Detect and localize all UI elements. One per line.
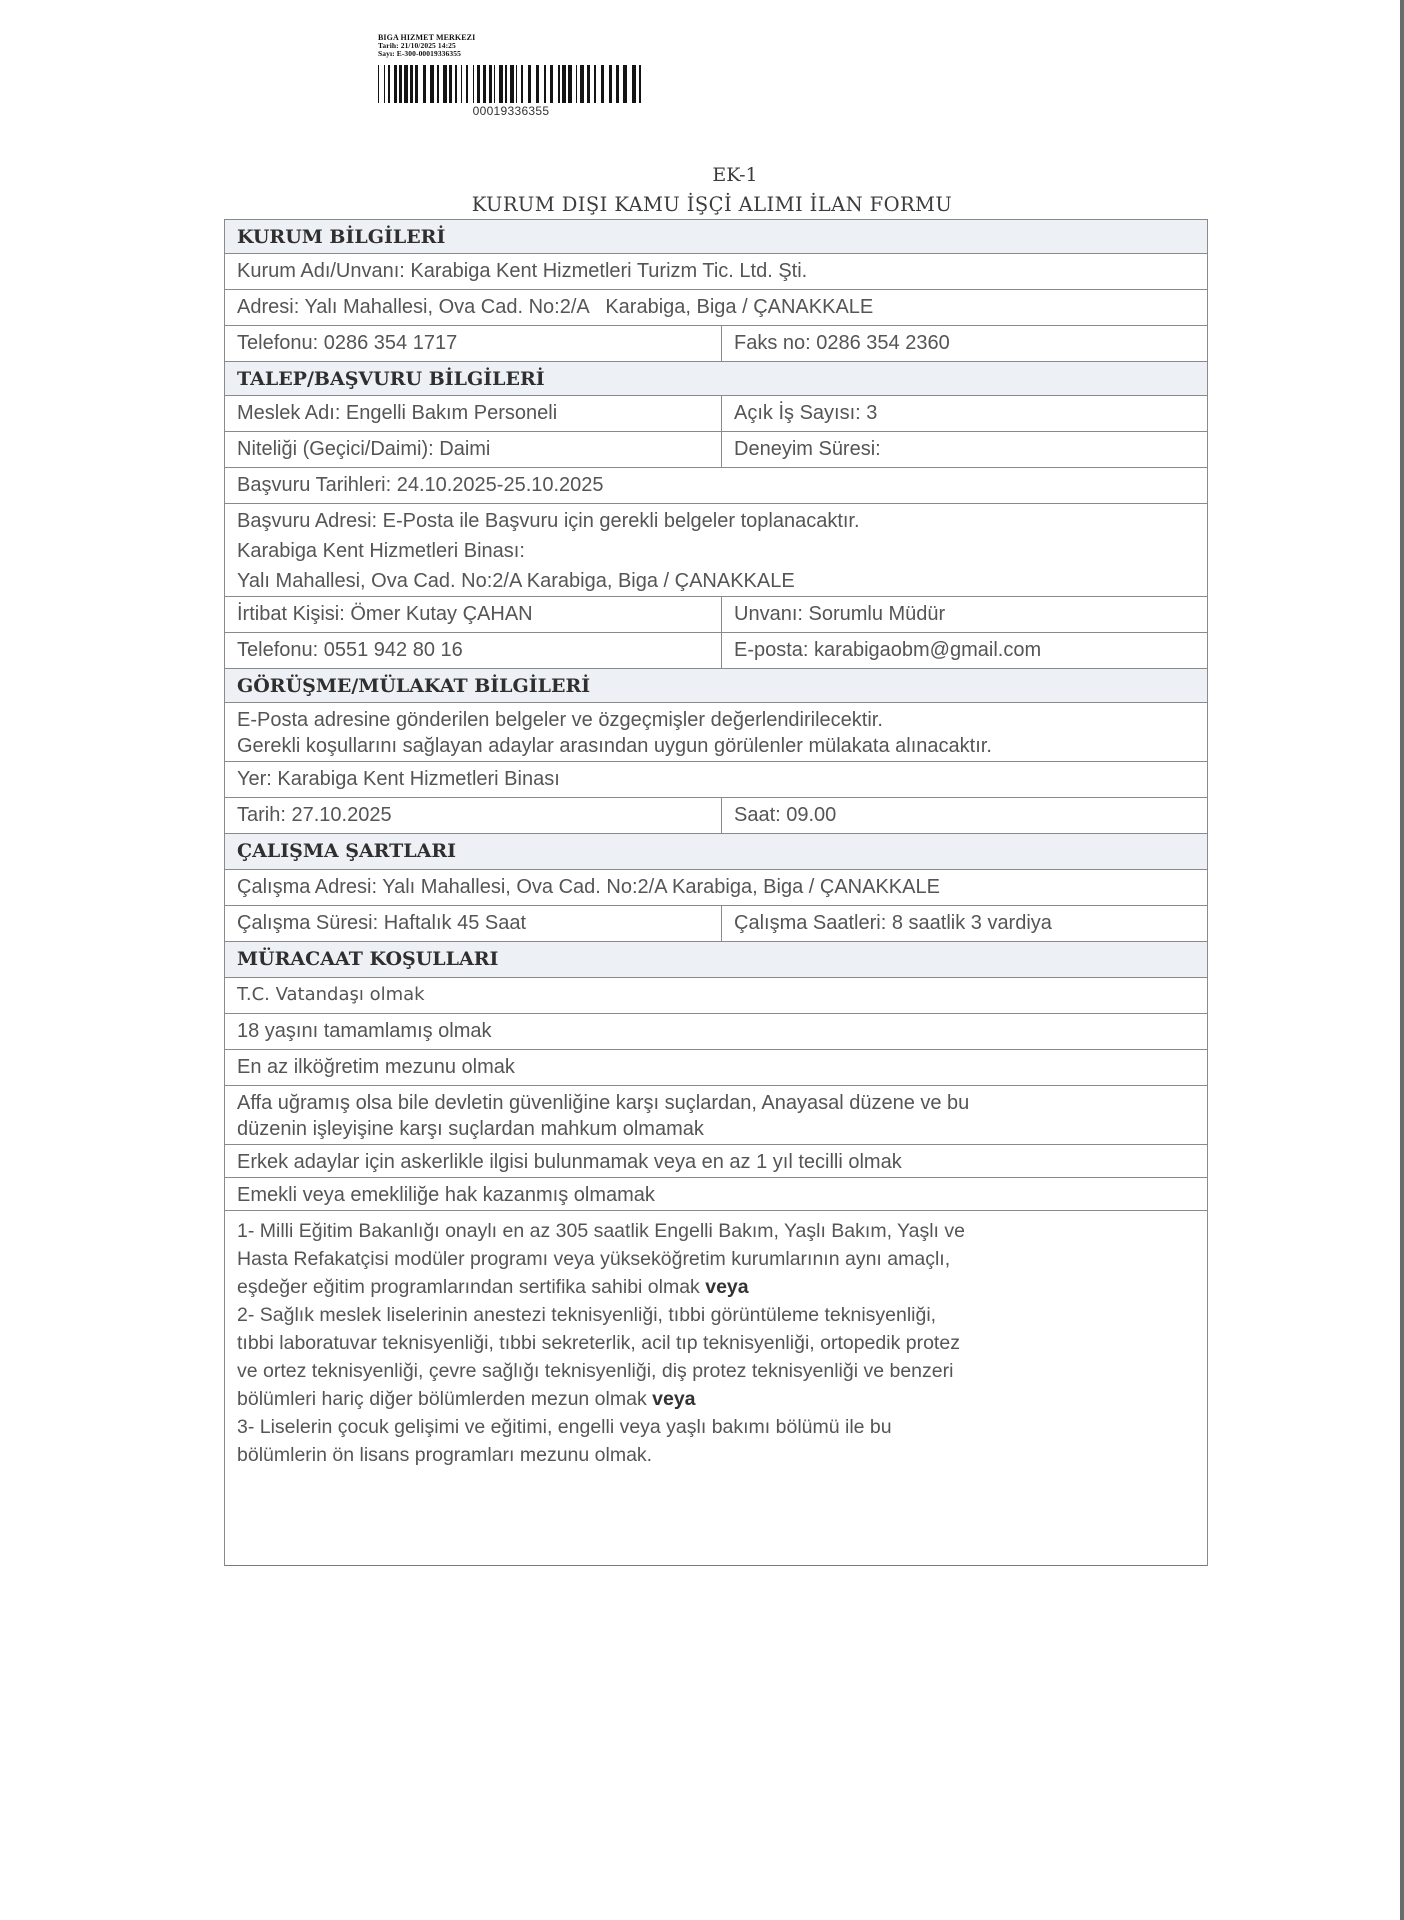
- text-line: tıbbi laboratuvar teknisyenliği, tıbbi s…: [237, 1329, 1195, 1357]
- section-header-kurum: KURUM BİLGİLERİ: [225, 220, 1207, 254]
- section-title: MÜRACAAT KOŞULLARI: [225, 942, 1207, 977]
- contact-phone: Telefonu: 0551 942 80 16: [225, 633, 722, 668]
- application-address: Başvuru Adresi: E-Posta ile Başvuru için…: [225, 504, 1207, 596]
- text-line: ve ortez teknisyenliği, çevre sağlığı te…: [237, 1357, 1195, 1385]
- text-line: 3- Liselerin çocuk gelişimi ve eğitimi, …: [237, 1413, 1195, 1441]
- institution-name: Kurum Adı/Unvanı: Karabiga Kent Hizmetle…: [225, 254, 1207, 289]
- condition-row: 1- Milli Eğitim Bakanlığı onaylı en az 3…: [225, 1211, 1207, 1566]
- condition-row: Erkek adaylar için askerlikle ilgisi bul…: [225, 1145, 1207, 1178]
- section-title: GÖRÜŞME/MÜLAKAT BİLGİLERİ: [225, 669, 1207, 702]
- text-line: eşdeğer eğitim programlarından sertifika…: [237, 1273, 1195, 1301]
- work-address: Çalışma Adresi: Yalı Mahallesi, Ova Cad.…: [225, 870, 1207, 905]
- contact-title: Unvanı: Sorumlu Müdür: [722, 597, 1207, 632]
- form-row: Telefonu: 0551 942 80 16 E-posta: karabi…: [225, 633, 1207, 669]
- condition-age: 18 yaşını tamamlamış olmak: [225, 1014, 1207, 1049]
- condition-criminal-record: Affa uğramış olsa bile devletin güvenliğ…: [225, 1086, 1207, 1144]
- annex-label: EK-1: [33, 164, 1404, 186]
- form-row: Meslek Adı: Engelli Bakım Personeli Açık…: [225, 396, 1207, 432]
- text-line: Karabiga Kent Hizmetleri Binası:: [237, 538, 1195, 564]
- interview-place: Yer: Karabiga Kent Hizmetleri Binası: [225, 762, 1207, 797]
- contact-person: İrtibat Kişisi: Ömer Kutay ÇAHAN: [225, 597, 722, 632]
- form-row: Kurum Adı/Unvanı: Karabiga Kent Hizmetle…: [225, 254, 1207, 290]
- barcode-number: 00019336355: [378, 104, 644, 118]
- form-row: Adresi: Yalı Mahallesi, Ova Cad. No:2/A …: [225, 290, 1207, 326]
- form-row: Tarih: 27.10.2025 Saat: 09.00: [225, 798, 1207, 834]
- scan-page-edge: [1400, 0, 1404, 1920]
- experience-duration: Deneyim Süresi:: [722, 432, 1207, 467]
- work-hours: Çalışma Saatleri: 8 saatlik 3 vardiya: [722, 906, 1207, 941]
- section-header-talep: TALEP/BAŞVURU BİLGİLERİ: [225, 362, 1207, 396]
- section-title: ÇALIŞMA ŞARTLARI: [225, 834, 1207, 869]
- form-title: KURUM DIŞI KAMU İŞÇİ ALIMI İLAN FORMU: [10, 193, 1404, 216]
- text-line: Başvuru Adresi: E-Posta ile Başvuru için…: [237, 508, 1195, 534]
- contact-email[interactable]: E-posta: karabigaobm@gmail.com: [722, 633, 1207, 668]
- text-line: Yalı Mahallesi, Ova Cad. No:2/A Karabiga…: [237, 568, 1195, 594]
- text-line: Hasta Refakatçisi modüler programı veya …: [237, 1245, 1195, 1273]
- connector-veya: veya: [705, 1276, 748, 1298]
- position-nature: Niteliği (Geçici/Daimi): Daimi: [225, 432, 722, 467]
- condition-education-min: En az ilköğretim mezunu olmak: [225, 1050, 1207, 1085]
- condition-education-options: 1- Milli Eğitim Bakanlığı onaylı en az 3…: [225, 1211, 1207, 1565]
- institution-fax: Faks no: 0286 354 2360: [722, 326, 1207, 361]
- institution-address: Adresi: Yalı Mahallesi, Ova Cad. No:2/A …: [225, 290, 1207, 325]
- condition-row: T.C. Vatandaşı olmak: [225, 978, 1207, 1014]
- text-line: düzenin işleyişine karşı suçlardan mahku…: [237, 1116, 1195, 1142]
- interview-info: E-Posta adresine gönderilen belgeler ve …: [225, 703, 1207, 761]
- section-header-gorusme: GÖRÜŞME/MÜLAKAT BİLGİLERİ: [225, 669, 1207, 703]
- text-segment: eşdeğer eğitim programlarından sertifika…: [237, 1276, 700, 1298]
- text-segment: bölümleri hariç diğer bölümlerden mezun …: [237, 1388, 647, 1410]
- form-row: Telefonu: 0286 354 1717 Faks no: 0286 35…: [225, 326, 1207, 362]
- form-row: Başvuru Tarihleri: 24.10.2025-25.10.2025: [225, 468, 1207, 504]
- form-row: Yer: Karabiga Kent Hizmetleri Binası: [225, 762, 1207, 798]
- text-line: Gerekli koşullarını sağlayan adaylar ara…: [237, 733, 1195, 759]
- text-line: bölümlerin ön lisans programları mezunu …: [237, 1441, 1195, 1469]
- text-line: 2- Sağlık meslek liselerinin anestezi te…: [237, 1301, 1195, 1329]
- registry-stamp: BIGA HIZMET MERKEZI Tarih: 21/10/2025 14…: [378, 34, 658, 118]
- profession-name: Meslek Adı: Engelli Bakım Personeli: [225, 396, 722, 431]
- form-row: Çalışma Adresi: Yalı Mahallesi, Ova Cad.…: [225, 870, 1207, 906]
- section-title: TALEP/BAŞVURU BİLGİLERİ: [225, 362, 1207, 395]
- section-header-calisma: ÇALIŞMA ŞARTLARI: [225, 834, 1207, 870]
- connector-veya: veya: [652, 1388, 695, 1410]
- condition-row: Emekli veya emekliliğe hak kazanmış olma…: [225, 1178, 1207, 1211]
- barcode: [378, 65, 644, 103]
- condition-row: En az ilköğretim mezunu olmak: [225, 1050, 1207, 1086]
- form-row: E-Posta adresine gönderilen belgeler ve …: [225, 703, 1207, 762]
- open-positions: Açık İş Sayısı: 3: [722, 396, 1207, 431]
- section-title: KURUM BİLGİLERİ: [225, 220, 1207, 253]
- interview-time: Saat: 09.00: [722, 798, 1207, 833]
- section-header-kosullar: MÜRACAAT KOŞULLARI: [225, 942, 1207, 978]
- text-line: 1- Milli Eğitim Bakanlığı onaylı en az 3…: [237, 1217, 1195, 1245]
- form-row: İrtibat Kişisi: Ömer Kutay ÇAHAN Unvanı:…: [225, 597, 1207, 633]
- text-line: E-Posta adresine gönderilen belgeler ve …: [237, 707, 1195, 733]
- condition-row: 18 yaşını tamamlamış olmak: [225, 1014, 1207, 1050]
- institution-phone: Telefonu: 0286 354 1717: [225, 326, 722, 361]
- interview-date: Tarih: 27.10.2025: [225, 798, 722, 833]
- condition-row: Affa uğramış olsa bile devletin güvenliğ…: [225, 1086, 1207, 1145]
- condition-retirement: Emekli veya emekliliğe hak kazanmış olma…: [225, 1178, 1207, 1210]
- text-line: Affa uğramış olsa bile devletin güvenliğ…: [237, 1090, 1195, 1116]
- condition-military: Erkek adaylar için askerlikle ilgisi bul…: [225, 1145, 1207, 1177]
- stamp-number: Sayı: E-300-00019336355: [378, 50, 658, 58]
- work-duration: Çalışma Süresi: Haftalık 45 Saat: [225, 906, 722, 941]
- application-dates: Başvuru Tarihleri: 24.10.2025-25.10.2025: [225, 468, 1207, 503]
- job-posting-form: KURUM BİLGİLERİ Kurum Adı/Unvanı: Karabi…: [224, 219, 1208, 1566]
- form-row: Niteliği (Geçici/Daimi): Daimi Deneyim S…: [225, 432, 1207, 468]
- form-row: Başvuru Adresi: E-Posta ile Başvuru için…: [225, 504, 1207, 597]
- form-row: Çalışma Süresi: Haftalık 45 Saat Çalışma…: [225, 906, 1207, 942]
- condition-citizenship: T.C. Vatandaşı olmak: [225, 978, 1207, 1013]
- text-line: bölümleri hariç diğer bölümlerden mezun …: [237, 1385, 1195, 1413]
